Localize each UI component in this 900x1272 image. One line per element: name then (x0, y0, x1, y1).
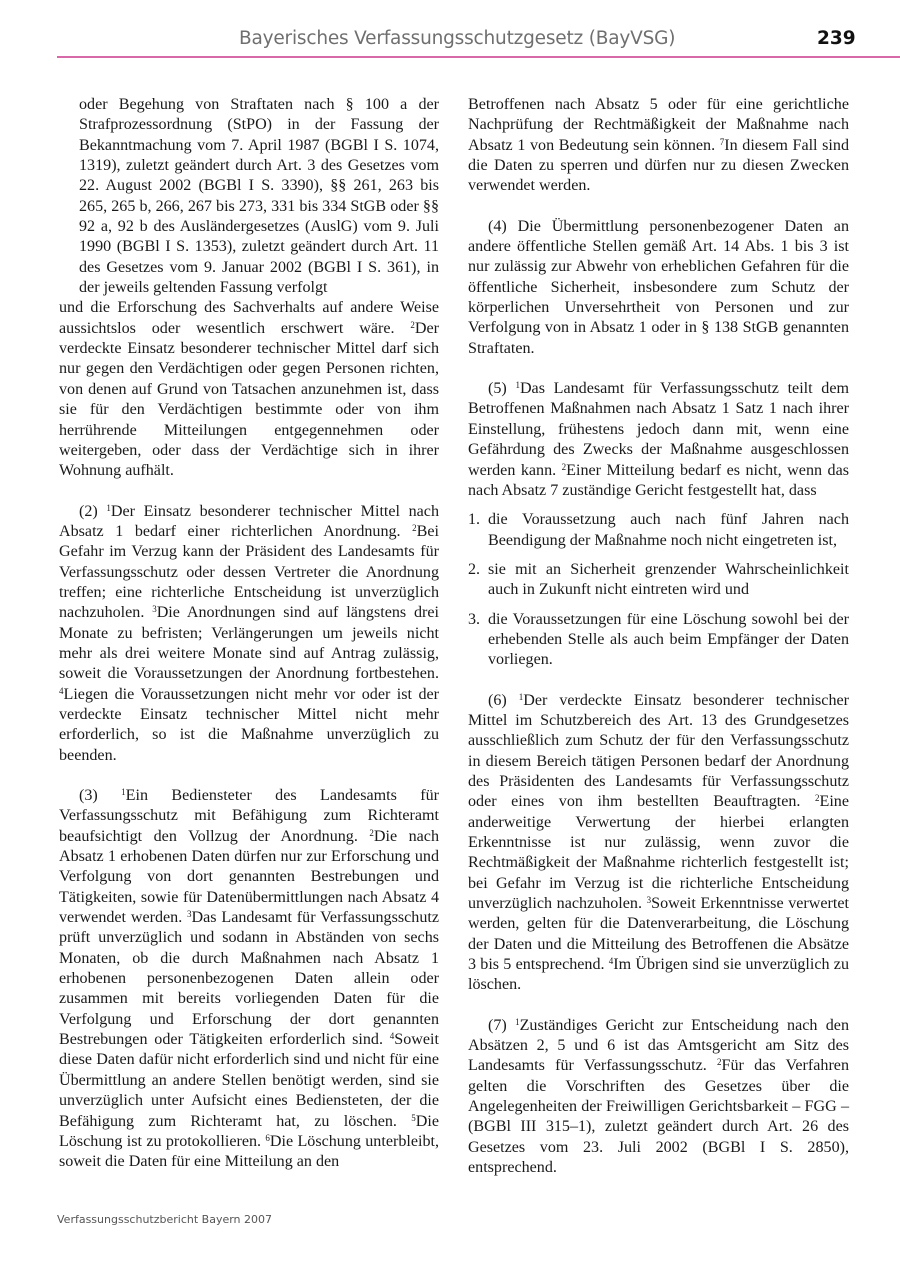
list-item: 3.die Voraussetzungen für eine Löschung … (468, 610, 849, 671)
paragraph-1-continuation: und die Erforschung des Sachverhalts auf… (59, 298, 439, 481)
absatz-6: (6) 1Der verdeckte Einsatz besonderer te… (468, 691, 849, 996)
list-item: 1.die Voraussetzung auch nach fünf Jahre… (468, 510, 849, 551)
page-number: 239 (817, 28, 856, 49)
list-item: 2.sie mit an Sicherheit grenzender Wahrs… (468, 560, 849, 601)
absatz-3: (3) 1Ein Bediensteter des Landesamts für… (59, 786, 439, 1173)
header-title: Bayerisches Verfassungsschutzgesetz (Bay… (239, 28, 675, 49)
page-footer: Verfassungsschutzbericht Bayern 2007 (57, 1213, 272, 1226)
left-column: oder Begehung von Straftaten nach § 100 … (59, 95, 439, 1193)
absatz-3-continuation: Betroffenen nach Absatz 5 oder für eine … (468, 95, 849, 197)
running-header: Bayerisches Verfassungsschutzgesetz (Bay… (57, 22, 900, 58)
quoted-law-continuation: oder Begehung von Straftaten nach § 100 … (59, 95, 439, 298)
absatz-5-list: 1.die Voraussetzung auch nach fünf Jahre… (468, 510, 849, 670)
absatz-2: (2) 1Der Einsatz besonderer technischer … (59, 502, 439, 766)
absatz-7: (7) 1Zuständiges Gericht zur Entscheidun… (468, 1016, 849, 1179)
absatz-4: (4) Die Übermittlung personenbezogener D… (468, 217, 849, 359)
absatz-5: (5) 1Das Landesamt für Verfassungsschutz… (468, 379, 849, 501)
right-column: Betroffenen nach Absatz 5 oder für eine … (468, 95, 849, 1199)
